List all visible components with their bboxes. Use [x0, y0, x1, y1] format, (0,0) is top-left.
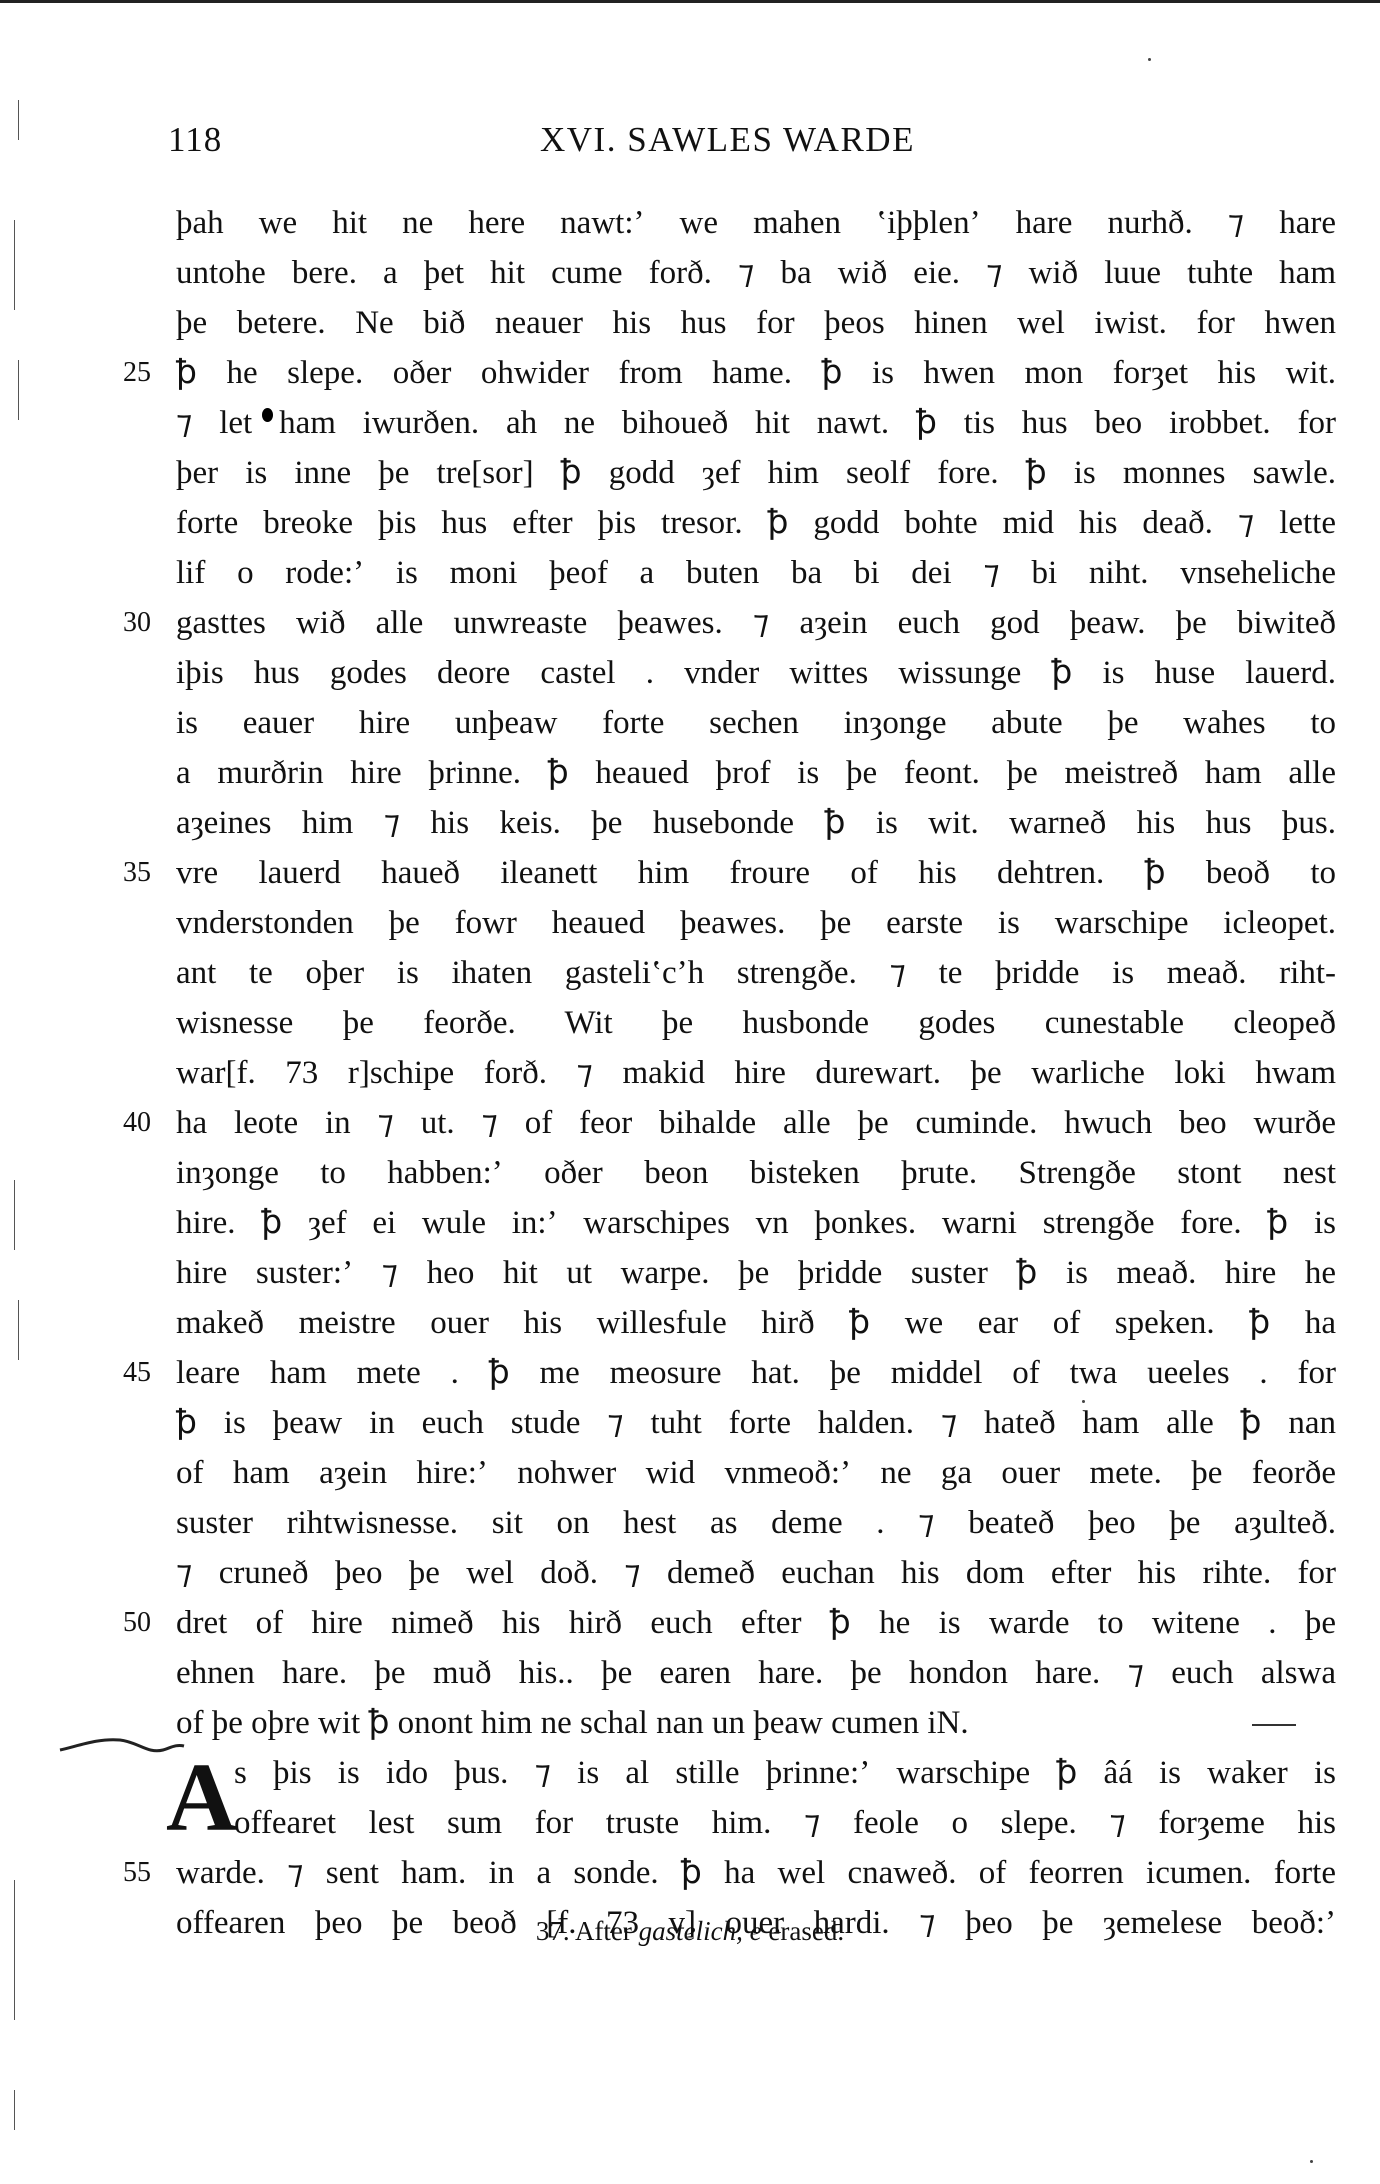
line-text: ant te oþer is ihaten gasteliʽcʼh streng…: [176, 955, 1336, 991]
line-text: þah we hit ne here nawt:ʼ we mahen ʽiþþl…: [176, 205, 1336, 241]
text-line: of þe oþre wit ꝥ onont him ne schal nan …: [176, 1698, 1336, 1748]
text-line: 55warde. ⁊ sent ham. in a sonde. ꝥ ha we…: [176, 1848, 1336, 1898]
text-line: aȝeines him ⁊ his keis. þe husebonde ꝥ i…: [176, 798, 1336, 848]
text-line: ehnen hare. þe muð his.. þe earen hare. …: [176, 1648, 1336, 1698]
text-line: wisnesse þe feorðe. Wit þe husbonde gode…: [176, 998, 1336, 1048]
running-header: 118 XVI. SAWLES WARDE: [160, 120, 1310, 170]
line-number: 50: [123, 1598, 151, 1648]
line-text: iþis hus godes deore castel . vnder witt…: [176, 655, 1336, 691]
line-text: is eauer hire unþeaw forte sechen inȝong…: [176, 705, 1336, 741]
scan-speck: [1310, 2160, 1313, 2163]
text-line: lif o rode:ʼ is moni þeof a buten ba bi …: [176, 548, 1336, 598]
text-line: makeð meistre ouer his willesfule hirð ꝥ…: [176, 1298, 1336, 1348]
line-number: 25: [123, 348, 151, 398]
text-line: offearet lest sum for truste him. ⁊ feol…: [176, 1798, 1336, 1848]
line-text: of þe oþre wit ꝥ onont him ne schal nan …: [176, 1705, 969, 1741]
text-line: suster rihtwisnesse. sit on hest as deme…: [176, 1498, 1336, 1548]
line-text: lif o rode:ʼ is moni þeof a buten ba bi …: [176, 555, 1336, 591]
text-line: hire suster:ʼ ⁊ heo hit ut warpe. þe þri…: [176, 1248, 1336, 1298]
text-line: þah we hit ne here nawt:ʼ we mahen ʽiþþl…: [176, 198, 1336, 248]
line-text: hire. ꝥ ȝef ei wule in:ʼ warschipes vn þ…: [176, 1205, 1336, 1241]
scan-artifact: [18, 100, 19, 140]
text-line: untohe bere. a þet hit cume forð. ⁊ ba w…: [176, 248, 1336, 298]
text-line: of ham aȝein hire:ʼ nohwer wid vnmeoð:ʼ …: [176, 1448, 1336, 1498]
footnote-suffix: erased.: [768, 1916, 844, 1946]
footnote-prefix: After: [575, 1916, 632, 1946]
line-text: gasttes wið alle unwreaste þeawes. ⁊ aȝe…: [176, 605, 1336, 641]
text-line: s þis is ido þus. ⁊ is al stille þrinne:…: [176, 1748, 1336, 1798]
scan-artifact: [14, 1180, 15, 1250]
main-text: þah we hit ne here nawt:ʼ we mahen ʽiþþl…: [176, 198, 1336, 1948]
line-text: ehnen hare. þe muð his.. þe earen hare. …: [176, 1655, 1336, 1691]
text-line: 50dret of hire nimeð his hirð euch efter…: [176, 1598, 1336, 1648]
line-text: ꝥ he slepe. oðer ohwider from hame. ꝥ is…: [176, 355, 1336, 391]
line-text: suster rihtwisnesse. sit on hest as deme…: [176, 1505, 1336, 1541]
line-text: þe betere. Ne bið neauer his hus for þeo…: [176, 305, 1336, 341]
line-text: s þis is ido þus. ⁊ is al stille þrinne:…: [234, 1755, 1336, 1791]
footnote: 37. After gastelich, e erased.: [0, 1916, 1380, 1947]
text-line: iþis hus godes deore castel . vnder witt…: [176, 648, 1336, 698]
text-line: ant te oþer is ihaten gasteliʽcʼh streng…: [176, 948, 1336, 998]
scan-artifact: [14, 1880, 15, 2020]
text-line: þe betere. Ne bið neauer his hus for þeo…: [176, 298, 1336, 348]
line-number: 45: [123, 1348, 151, 1398]
line-text: aȝeines him ⁊ his keis. þe husebonde ꝥ i…: [176, 805, 1336, 841]
text-line: 25ꝥ he slepe. oðer ohwider from hame. ꝥ …: [176, 348, 1336, 398]
footnote-number: 37.: [536, 1916, 570, 1946]
scan-speck: [1148, 58, 1151, 61]
line-text: a murðrin hire þrinne. ꝥ heaued þrof is …: [176, 755, 1336, 791]
section-end-dash: [1252, 1724, 1296, 1726]
line-number: 40: [123, 1098, 151, 1148]
line-text: wisnesse þe feorðe. Wit þe husbonde gode…: [176, 1005, 1336, 1041]
text-line: forte breoke þis hus efter þis tresor. ꝥ…: [176, 498, 1336, 548]
footnote-italic-letter: e: [750, 1916, 762, 1946]
line-text: dret of hire nimeð his hirð euch efter ꝥ…: [176, 1605, 1336, 1641]
line-text: inȝonge to habben:ʼ oðer beon bisteken þ…: [176, 1155, 1336, 1191]
line-number: 35: [123, 848, 151, 898]
line-text: makeð meistre ouer his willesfule hirð ꝥ…: [176, 1305, 1336, 1341]
line-text: untohe bere. a þet hit cume forð. ⁊ ba w…: [176, 255, 1336, 291]
line-text: leare ham mete . ꝥ me meosure hat. þe mi…: [176, 1355, 1336, 1391]
text-line: a murðrin hire þrinne. ꝥ heaued þrof is …: [176, 748, 1336, 798]
line-number: 55: [123, 1848, 151, 1898]
text-line: is eauer hire unþeaw forte sechen inȝong…: [176, 698, 1336, 748]
scan-artifact: [18, 1300, 19, 1360]
text-line: ⁊ cruneð þeo þe wel doð. ⁊ demeð euchan …: [176, 1548, 1336, 1598]
scan-artifact: [14, 2090, 15, 2130]
text-line: hire. ꝥ ȝef ei wule in:ʼ warschipes vn þ…: [176, 1198, 1336, 1248]
text-line: 45leare ham mete . ꝥ me meosure hat. þe …: [176, 1348, 1336, 1398]
text-line: ꝥ is þeaw in euch stude ⁊ tuht forte hal…: [176, 1398, 1336, 1448]
text-line: 35vre lauerd haueð ileanett him froure o…: [176, 848, 1336, 898]
text-line: 40ha leote in ⁊ ut. ⁊ of feor bihalde al…: [176, 1098, 1336, 1148]
line-text: ⁊ cruneð þeo þe wel doð. ⁊ demeð euchan …: [176, 1555, 1336, 1591]
line-text: warde. ⁊ sent ham. in a sonde. ꝥ ha wel …: [176, 1855, 1336, 1891]
text-line: war[f. 73 r]schipe forð. ⁊ makid hire du…: [176, 1048, 1336, 1098]
line-text: vnderstonden þe fowr heaued þeawes. þe e…: [176, 905, 1336, 941]
text-line: þer is inne þe tre[sor] ꝥ godd ȝef him s…: [176, 448, 1336, 498]
line-text: ⁊ let ham iwurðen. ah ne bihoueð hit naw…: [176, 405, 1336, 441]
line-text: ꝥ is þeaw in euch stude ⁊ tuht forte hal…: [176, 1405, 1336, 1441]
page-number: 118: [168, 120, 222, 160]
scan-artifact: [14, 220, 15, 310]
line-text: forte breoke þis hus efter þis tresor. ꝥ…: [176, 505, 1336, 541]
line-number: 30: [123, 598, 151, 648]
line-text: þer is inne þe tre[sor] ꝥ godd ȝef him s…: [176, 455, 1336, 491]
text-line: ⁊ let ham iwurðen. ah ne bihoueð hit naw…: [176, 398, 1336, 448]
page-top-rule: [0, 0, 1380, 3]
line-text: of ham aȝein hire:ʼ nohwer wid vnmeoð:ʼ …: [176, 1455, 1336, 1491]
text-line: 30gasttes wið alle unwreaste þeawes. ⁊ a…: [176, 598, 1336, 648]
scan-artifact: [18, 360, 19, 420]
line-text: war[f. 73 r]schipe forð. ⁊ makid hire du…: [176, 1055, 1336, 1091]
line-text: offearet lest sum for truste him. ⁊ feol…: [234, 1805, 1336, 1841]
line-text: hire suster:ʼ ⁊ heo hit ut warpe. þe þri…: [176, 1255, 1336, 1291]
text-line: inȝonge to habben:ʼ oðer beon bisteken þ…: [176, 1148, 1336, 1198]
text-line: vnderstonden þe fowr heaued þeawes. þe e…: [176, 898, 1336, 948]
line-text: vre lauerd haueð ileanett him froure of …: [176, 855, 1336, 891]
line-text: ha leote in ⁊ ut. ⁊ of feor bihalde alle…: [176, 1105, 1336, 1141]
footnote-italic-word: gastelich,: [639, 1916, 743, 1946]
running-title: XVI. SAWLES WARDE: [540, 120, 915, 160]
